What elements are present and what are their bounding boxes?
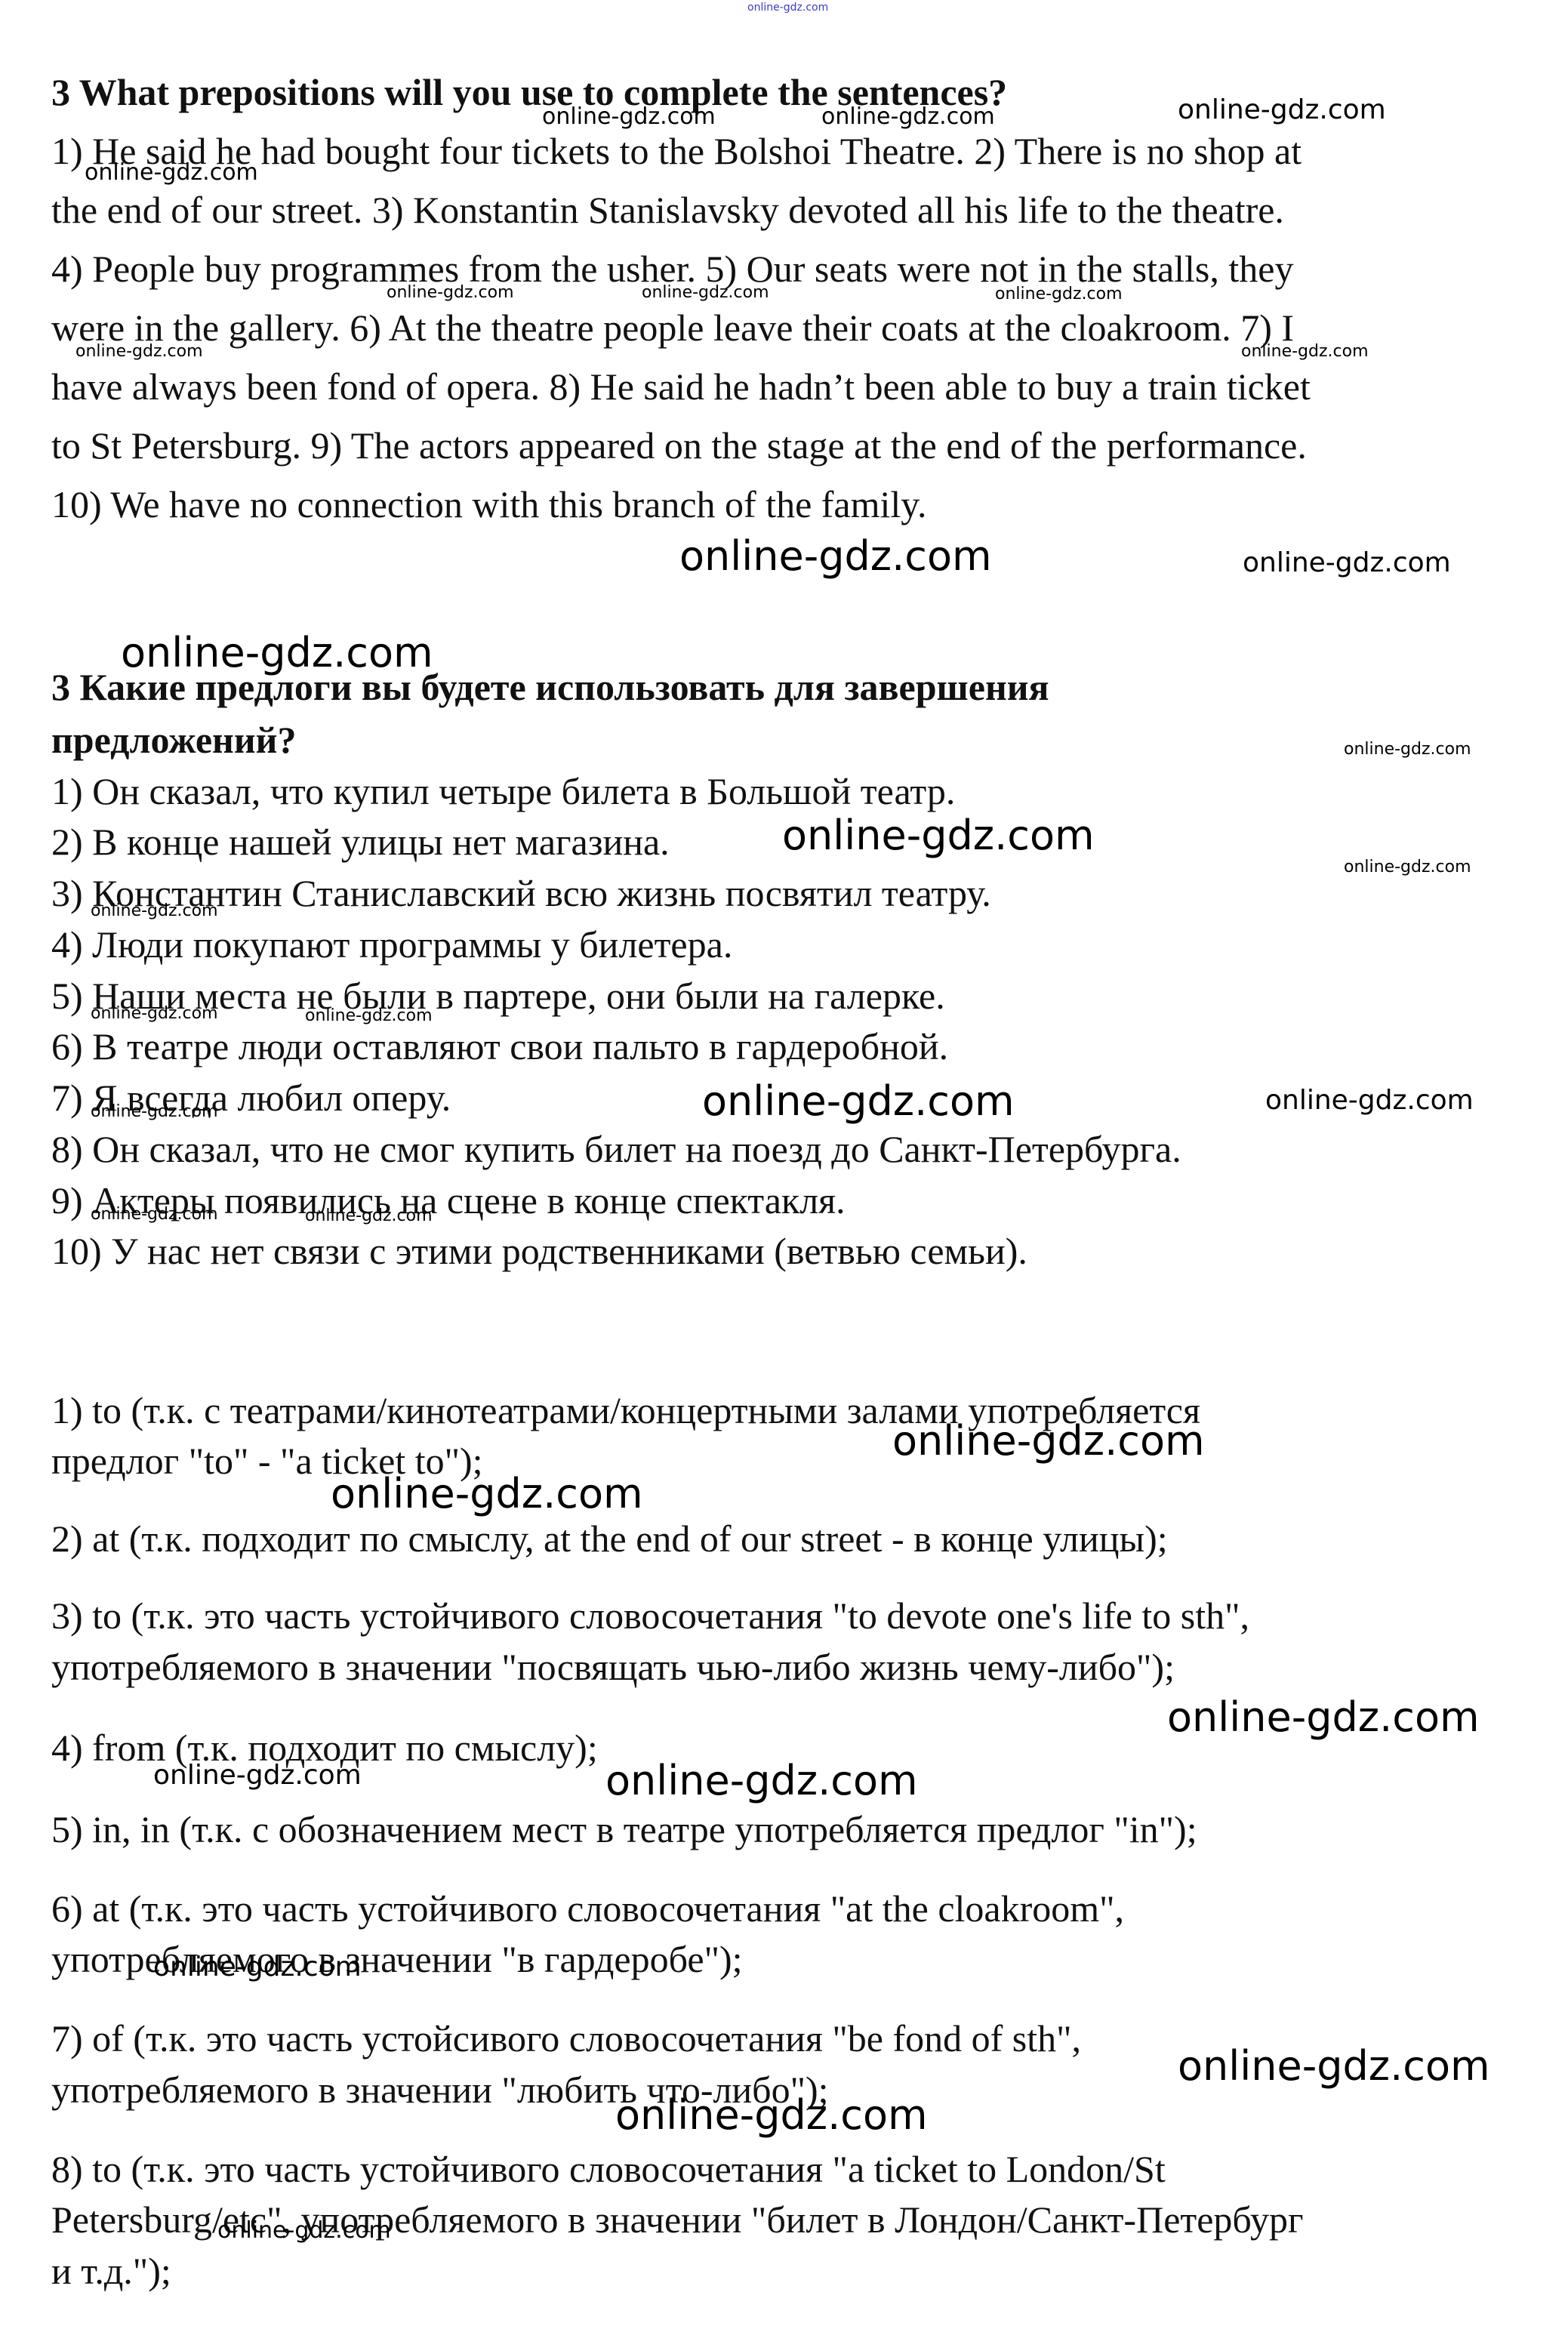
watermark: online-gdz.com [91, 903, 218, 920]
russian-line: 6) В театре люди оставляют свои пальто в… [51, 1024, 948, 1069]
watermark: online-gdz.com [821, 106, 995, 128]
answer-line: употребляемого в значении "посвящать чью… [51, 1644, 1175, 1690]
answer-line: 3) to (т.к. это часть устойчивого словос… [51, 1593, 1249, 1638]
watermark: online-gdz.com [331, 1474, 643, 1514]
answer-line: 2) at (т.к. подходит по смыслу, at the e… [51, 1516, 1168, 1561]
russian-line: 1) Он сказал, что купил четыре билета в … [51, 769, 955, 814]
watermark: online-gdz.com [91, 1206, 218, 1223]
english-line: to St Petersburg. 9) The actors appeared… [51, 423, 1307, 468]
watermark: online-gdz.com [1344, 859, 1471, 876]
watermark: online-gdz.com [85, 162, 258, 184]
english-line: the end of our street. 3) Konstantin Sta… [51, 187, 1284, 233]
watermark: online-gdz.com [1241, 344, 1369, 360]
russian-title: предложений? [51, 717, 296, 762]
watermark: online-gdz.com [1265, 1087, 1474, 1114]
russian-line: 10) У нас нет связи с этими родственника… [51, 1228, 1027, 1274]
russian-line: 2) В конце нашей улицы нет магазина. [51, 819, 670, 864]
watermark: online-gdz.com [387, 285, 514, 301]
english-line: 10) We have no connection with this bran… [51, 482, 927, 527]
russian-line: 4) Люди покупают программы у билетера. [51, 922, 732, 967]
watermark: online-gdz.com [892, 1421, 1205, 1462]
watermark: online-gdz.com [642, 285, 769, 301]
watermark: online-gdz.com [615, 2095, 928, 2136]
watermark: online-gdz.com [91, 1006, 218, 1022]
watermark: online-gdz.com [75, 344, 203, 360]
watermark: online-gdz.com [702, 1081, 1015, 1122]
russian-line: 8) Он сказал, что не смог купить билет н… [51, 1126, 1181, 1172]
watermark: online-gdz.com [153, 1762, 362, 1789]
watermark: online-gdz.com [782, 815, 1095, 856]
document-page: online-gdz.com 3 What prepositions will … [0, 0, 1568, 2326]
watermark: online-gdz.com [153, 1954, 362, 1981]
watermark: online-gdz.com [1344, 741, 1471, 758]
answer-line: 6) at (т.к. это часть устойчивого словос… [51, 1886, 1124, 1931]
watermark: online-gdz.com [1243, 550, 1451, 577]
watermark: online-gdz.com [1178, 97, 1386, 124]
watermark: online-gdz.com [305, 1208, 433, 1225]
english-line: were in the gallery. 6) At the theatre p… [51, 305, 1294, 350]
answer-line: и т.д."); [51, 2248, 171, 2294]
watermark: online-gdz.com [542, 106, 716, 128]
watermark: online-gdz.com [217, 2220, 391, 2242]
answer-line: 5) in, in (т.к. с обозначением мест в те… [51, 1807, 1197, 1852]
watermark: online-gdz.com [679, 536, 992, 577]
watermark: online-gdz.com [305, 1008, 433, 1024]
answer-line: 7) of (т.к. это часть устойсивого словос… [51, 2016, 1081, 2061]
answer-line: 8) to (т.к. это часть устойчивого словос… [51, 2146, 1166, 2192]
watermark: online-gdz.com [91, 1104, 218, 1120]
watermark: online-gdz.com [1178, 2046, 1490, 2087]
header-watermark: online-gdz.com [747, 2, 828, 14]
watermark: online-gdz.com [1167, 1697, 1480, 1738]
watermark: online-gdz.com [995, 286, 1123, 303]
watermark: online-gdz.com [605, 1761, 918, 1801]
english-line: have always been fond of opera. 8) He sa… [51, 364, 1311, 409]
watermark: online-gdz.com [121, 633, 433, 673]
